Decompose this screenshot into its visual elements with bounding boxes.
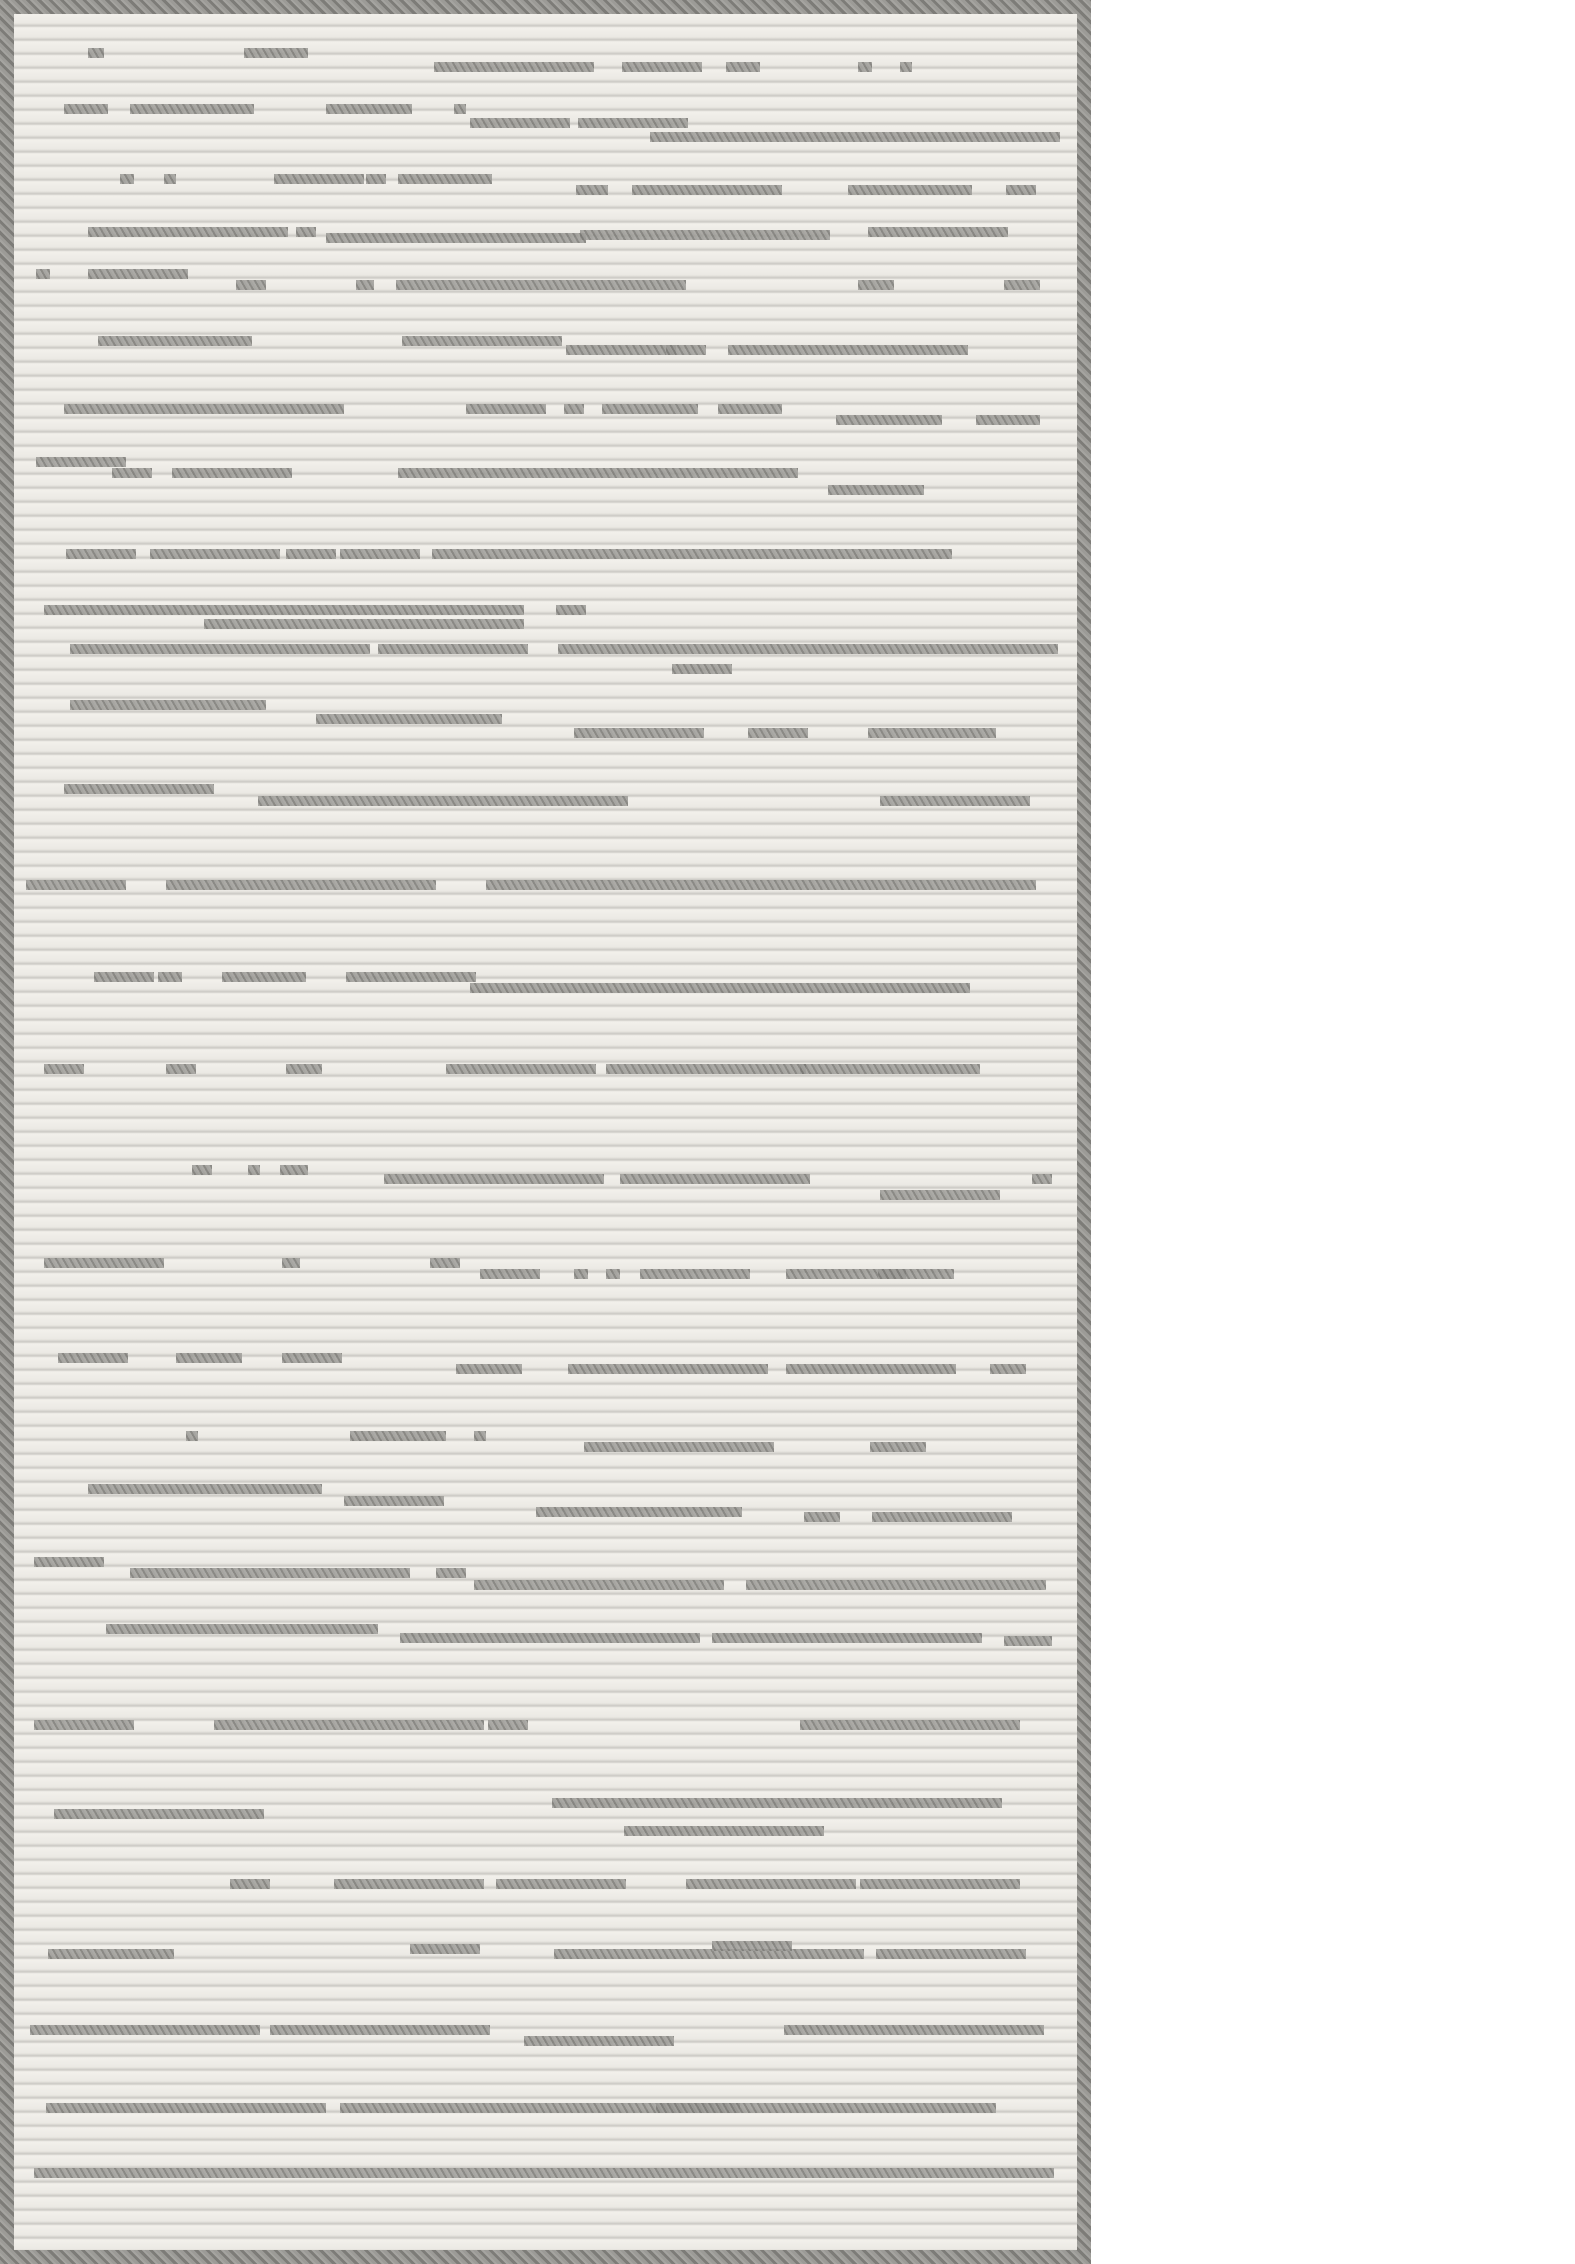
rug-pattern-block bbox=[400, 1633, 700, 1643]
rug-pattern-block bbox=[36, 457, 126, 467]
rug-pattern-block bbox=[880, 796, 1030, 806]
rug-pattern-block bbox=[398, 174, 492, 184]
rug-pattern-block bbox=[868, 227, 1008, 237]
rug-pattern-block bbox=[1004, 280, 1040, 290]
rug-pattern-block bbox=[578, 118, 688, 128]
rug-pattern-block bbox=[872, 1512, 1012, 1522]
rug-pattern-block bbox=[130, 104, 254, 114]
rug-pattern-block bbox=[248, 1165, 260, 1175]
rug-pattern-block bbox=[496, 1879, 626, 1889]
rug-pattern-block bbox=[474, 1580, 724, 1590]
rug-pattern-block bbox=[878, 1269, 954, 1279]
rug-pattern-block bbox=[192, 1165, 212, 1175]
rug-pattern-block bbox=[402, 336, 562, 346]
rug-pattern-block bbox=[858, 280, 894, 290]
rug-pattern-block bbox=[726, 62, 760, 72]
rug-pattern-block bbox=[876, 1949, 1026, 1959]
rug-pattern-block bbox=[488, 1720, 528, 1730]
rug-pattern-block bbox=[470, 118, 570, 128]
rug-pattern-block bbox=[580, 230, 830, 240]
rug-pattern-block bbox=[378, 644, 528, 654]
rug-pattern-block bbox=[666, 345, 706, 355]
rug-pattern-block bbox=[282, 1353, 342, 1363]
rug-pattern-block bbox=[204, 619, 524, 629]
rug-pattern-block bbox=[88, 48, 104, 58]
rug-pattern-block bbox=[270, 2025, 490, 2035]
rug-pattern-block bbox=[44, 605, 524, 615]
rug-pattern-block bbox=[44, 1258, 164, 1268]
rug-pattern-block bbox=[870, 1442, 926, 1452]
rug-pattern-block bbox=[286, 549, 336, 559]
rug-pattern-block bbox=[800, 1064, 980, 1074]
rug-pattern-block bbox=[632, 185, 782, 195]
rug-pattern-block bbox=[166, 880, 436, 890]
rug-pattern-block bbox=[296, 227, 316, 237]
rug-pattern-block bbox=[88, 1484, 322, 1494]
rug-pattern-block bbox=[172, 468, 292, 478]
rug-pattern-block bbox=[396, 280, 686, 290]
rug-pattern-block bbox=[1004, 1636, 1052, 1646]
rug-pattern-block bbox=[784, 2025, 1044, 2035]
rug-pattern-block bbox=[34, 2168, 1054, 2178]
rug-pattern-block bbox=[166, 1064, 196, 1074]
rug-pattern-block bbox=[430, 1258, 460, 1268]
rug-pattern-block bbox=[120, 174, 134, 184]
rug-pattern-block bbox=[230, 1879, 270, 1889]
rug-pattern-block bbox=[26, 880, 126, 890]
rug-pattern-block bbox=[474, 1431, 486, 1441]
rug-pattern-block bbox=[466, 404, 546, 414]
rug-pattern-block bbox=[30, 2025, 260, 2035]
rug-pattern-block bbox=[552, 1798, 1002, 1808]
rug-pattern-block bbox=[64, 104, 108, 114]
rug-pattern-block bbox=[446, 1064, 596, 1074]
rug-pattern-block bbox=[640, 1269, 750, 1279]
rug-pattern-block bbox=[836, 415, 942, 425]
rug-pattern-block bbox=[186, 1431, 198, 1441]
rug-pattern-block bbox=[656, 2103, 996, 2113]
rug-pattern-block bbox=[554, 1949, 864, 1959]
rug-pattern-block bbox=[112, 468, 152, 478]
rug-pattern-block bbox=[130, 1568, 410, 1578]
rug-pattern-block bbox=[164, 174, 176, 184]
rug-pattern-block bbox=[34, 1557, 104, 1567]
rug-pattern-block bbox=[350, 1431, 446, 1441]
rug-pattern-block bbox=[828, 485, 924, 495]
rug-pattern-block bbox=[728, 345, 968, 355]
rug-pattern-block bbox=[398, 468, 798, 478]
rug-pattern-block bbox=[326, 104, 412, 114]
rug-pattern-block bbox=[88, 269, 188, 279]
rug-pattern-block bbox=[686, 1879, 856, 1889]
rug-pattern-block bbox=[860, 1879, 1020, 1889]
rug-pattern-block bbox=[566, 345, 676, 355]
rug-pattern-block bbox=[858, 62, 872, 72]
rug-pattern-block bbox=[70, 700, 266, 710]
rug-field bbox=[14, 14, 1077, 2250]
rug-pattern-block bbox=[36, 269, 50, 279]
rug-pattern-block bbox=[48, 1949, 174, 1959]
rug-pattern-block bbox=[384, 1174, 604, 1184]
rug-pattern-block bbox=[606, 1269, 620, 1279]
rug-pattern-block bbox=[620, 1174, 810, 1184]
rug-pattern-block bbox=[584, 1442, 774, 1452]
rug-pattern-block bbox=[976, 415, 1040, 425]
rug-pattern-block bbox=[286, 1064, 322, 1074]
rug-pattern-block bbox=[274, 174, 364, 184]
rug-pattern-block bbox=[44, 1064, 84, 1074]
rug-pattern-block bbox=[58, 1353, 128, 1363]
rug-pattern-block bbox=[486, 880, 1036, 890]
rug-pattern-block bbox=[282, 1258, 300, 1268]
rug-pattern-block bbox=[54, 1809, 264, 1819]
rug-pattern-block bbox=[34, 1720, 134, 1730]
rug-pattern-block bbox=[574, 1269, 588, 1279]
rug-pattern-block bbox=[576, 185, 608, 195]
rug-pattern-block bbox=[66, 549, 136, 559]
rug-pattern-block bbox=[480, 1269, 540, 1279]
rug-pattern-block bbox=[718, 404, 782, 414]
rug-pattern-block bbox=[366, 174, 386, 184]
rug-pattern-block bbox=[158, 972, 182, 982]
rug-pattern-block bbox=[94, 972, 154, 982]
rug-pattern-block bbox=[1006, 185, 1036, 195]
rug-pattern-block bbox=[564, 404, 584, 414]
rug-pattern-block bbox=[804, 1512, 840, 1522]
rug-pattern-block bbox=[106, 1624, 378, 1634]
rug-pattern-block bbox=[748, 728, 808, 738]
rug-pattern-block bbox=[70, 644, 370, 654]
rug-pattern-block bbox=[334, 1879, 484, 1889]
rug-pattern-block bbox=[150, 549, 280, 559]
rug-photo bbox=[0, 0, 1091, 2264]
rug-pattern-block bbox=[536, 1507, 742, 1517]
rug-pattern-block bbox=[574, 728, 704, 738]
rug-pattern-block bbox=[434, 62, 594, 72]
rug-pattern-block bbox=[344, 1496, 444, 1506]
rug-pattern-block bbox=[64, 784, 214, 794]
rug-pattern-block bbox=[786, 1364, 956, 1374]
rug-pattern-block bbox=[316, 714, 502, 724]
rug-pattern-block bbox=[88, 227, 288, 237]
rug-pattern-block bbox=[606, 1064, 806, 1074]
rug-pattern-block bbox=[280, 1165, 308, 1175]
rug-pattern-block bbox=[900, 62, 912, 72]
rug-pattern-block bbox=[650, 132, 1060, 142]
rug-pattern-block bbox=[432, 549, 952, 559]
rug-pattern-block bbox=[456, 1364, 522, 1374]
rug-pattern-block bbox=[454, 104, 466, 114]
rug-pattern-block bbox=[410, 1944, 480, 1954]
rug-pattern-block bbox=[624, 1826, 824, 1836]
rug-pattern-block bbox=[244, 48, 308, 58]
rug-pattern-block bbox=[176, 1353, 242, 1363]
rug-pattern-block bbox=[712, 1633, 982, 1643]
rug-pattern-block bbox=[470, 983, 970, 993]
rug-pattern-block bbox=[622, 62, 702, 72]
rug-pattern-block bbox=[602, 404, 698, 414]
rug-pattern-block bbox=[98, 336, 252, 346]
rug-pattern-block bbox=[746, 1580, 1046, 1590]
rug-pattern-block bbox=[672, 664, 732, 674]
rug-pattern-block bbox=[524, 2036, 674, 2046]
rug-pattern-block bbox=[868, 728, 996, 738]
rug-pattern-block bbox=[568, 1364, 768, 1374]
rug-pattern-block bbox=[556, 605, 586, 615]
rug-pattern-block bbox=[340, 549, 420, 559]
rug-pattern-block bbox=[64, 404, 344, 414]
rug-pattern-block bbox=[1032, 1174, 1052, 1184]
rug-pattern-block bbox=[848, 185, 972, 195]
rug-pattern-block bbox=[214, 1720, 484, 1730]
rug-pattern-block bbox=[558, 644, 1058, 654]
rug-pattern-block bbox=[46, 2103, 326, 2113]
rug-pattern-block bbox=[436, 1568, 466, 1578]
rug-pattern-block bbox=[236, 280, 266, 290]
rug-pattern-block bbox=[712, 1941, 792, 1951]
rug-pattern-block bbox=[258, 796, 628, 806]
rug-pattern-block bbox=[800, 1720, 1020, 1730]
rug-pattern-block bbox=[222, 972, 306, 982]
rug-pattern-block bbox=[880, 1190, 1000, 1200]
rug-pattern-block bbox=[326, 233, 586, 243]
rug-pattern-block bbox=[346, 972, 476, 982]
rug-pattern-block bbox=[990, 1364, 1026, 1374]
rug-pattern-block bbox=[356, 280, 374, 290]
